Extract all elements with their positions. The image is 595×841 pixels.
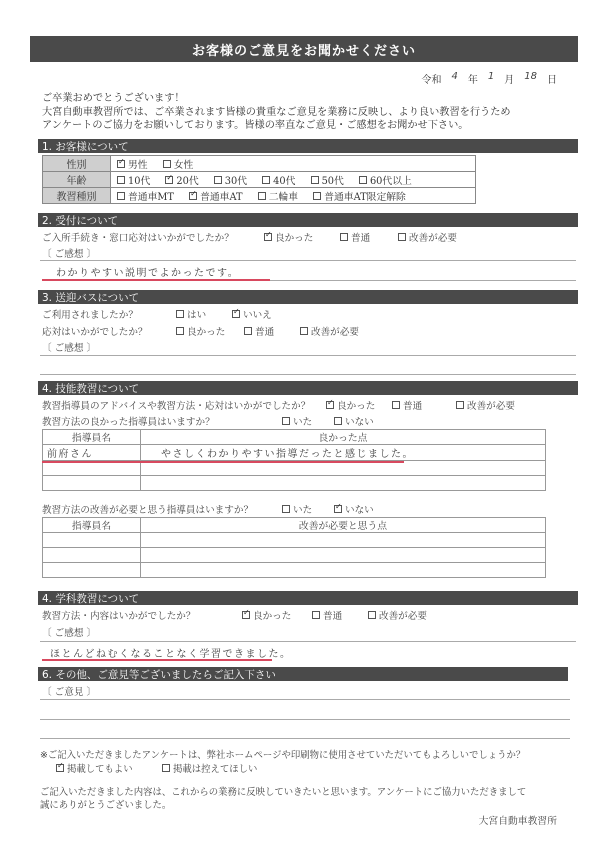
option-label: 二輪車	[269, 189, 298, 203]
table-row: 前府さん やさしくわかりやすい指導だったと感じました。	[43, 445, 546, 461]
intro-line: 大宮自動車教習所では、ご卒業されます皆様の貴重なご意見を業務に反映し、より良い教…	[42, 106, 562, 120]
table-row	[43, 548, 546, 563]
table-header-row: 指導員名 改善が必要と思う点	[43, 518, 546, 533]
option-label: 掲載は控えてほしい	[173, 761, 257, 775]
table-row-course: 教習種別 普通車MT 普通車AT 二輪車 普通車AT限定解除	[43, 188, 476, 204]
checkbox-icon[interactable]	[334, 417, 342, 425]
red-underline	[42, 279, 270, 281]
age-50s-option[interactable]: 50代	[311, 173, 344, 187]
reception-question-row: ご入所手続き・窓口応対はいかがでしたか？ 良かった 普通 改善が必要	[42, 230, 562, 244]
instructor-advice-question: 教習指導員のアドバイスや教習方法・応対はいかがでしたか？	[42, 398, 326, 412]
advice-normal-option[interactable]: 普通	[392, 398, 456, 412]
checkbox-icon[interactable]	[300, 327, 308, 335]
reception-normal-option[interactable]: 普通	[340, 230, 398, 244]
gender-female-option[interactable]: 女性	[163, 157, 194, 171]
column-header-instructor: 指導員名	[43, 430, 141, 445]
divider	[40, 260, 576, 261]
course-motorcycle-option[interactable]: 二輪車	[258, 189, 298, 203]
checkbox-icon[interactable]	[359, 176, 367, 184]
checkbox-checked-icon[interactable]	[242, 611, 250, 619]
option-label: いた	[293, 414, 312, 428]
table-row	[43, 533, 546, 548]
section-heading-customer: 1. お客様について	[38, 139, 578, 153]
checkbox-icon[interactable]	[162, 764, 170, 772]
red-underline	[42, 659, 272, 661]
age-30s-option[interactable]: 30代	[214, 173, 247, 187]
customer-info-table: 性別 男性 女性 年齢 10代 20代 30代 40代 50代 60代以上 教習…	[42, 155, 476, 204]
option-label: 改善が必要	[409, 230, 457, 244]
option-label: 改善が必要	[311, 324, 359, 338]
date-month[interactable]: 1	[488, 71, 494, 86]
option-label: 10代	[128, 173, 150, 187]
date-year-unit: 年	[468, 71, 478, 86]
instructor-name-cell[interactable]	[43, 563, 141, 578]
column-header-instructor: 指導員名	[43, 518, 141, 533]
advice-improve-option[interactable]: 改善が必要	[456, 398, 515, 412]
checkbox-checked-icon[interactable]	[165, 176, 173, 184]
table-row	[43, 476, 546, 491]
improve-points-cell[interactable]	[141, 563, 546, 578]
permission-question: ※ご記入いただきましたアンケートは、弊社ホームページや印刷物に使用させていただい…	[40, 747, 525, 761]
option-label: 普通	[351, 230, 370, 244]
comment-line[interactable]	[40, 355, 576, 356]
bus-service-question: 応対はいかがでしたか？	[42, 324, 176, 338]
checkbox-icon[interactable]	[258, 192, 266, 200]
school-signature: 大宮自動車教習所	[479, 813, 557, 827]
permission-allow-option[interactable]: 掲載してもよい	[56, 761, 162, 775]
comment-line[interactable]	[40, 738, 570, 739]
bus-improve-option[interactable]: 改善が必要	[300, 324, 359, 338]
improve-points-cell[interactable]	[141, 533, 546, 548]
checkbox-icon[interactable]	[117, 176, 125, 184]
bus-normal-option[interactable]: 普通	[244, 324, 300, 338]
checkbox-checked-icon[interactable]	[56, 764, 64, 772]
reception-question: ご入所手続き・窓口応対はいかがでしたか？	[42, 230, 264, 244]
course-at-option[interactable]: 普通車AT	[189, 189, 242, 203]
checkbox-icon[interactable]	[262, 176, 270, 184]
good-instructor-question: 教習方法の良かった指導員はいますか？	[42, 414, 282, 428]
improve-points-cell[interactable]	[141, 548, 546, 563]
improve-instructor-question: 教習方法の改善が必要と思う指導員はいますか？	[42, 502, 282, 516]
intro-line: アンケートのご協力をお願いしております。皆様の率直なご意見・ご感想をお聞かせ下さ…	[42, 119, 562, 133]
course-mt-option[interactable]: 普通車MT	[117, 189, 174, 203]
table-row-gender: 性別 男性 女性	[43, 156, 476, 172]
classroom-question-row: 教習方法・内容はいかがでしたか？ 良かった 普通 改善が必要	[42, 608, 562, 622]
section-heading-shuttle-bus: 3. 送迎バスについて	[38, 290, 578, 304]
checkbox-checked-icon[interactable]	[232, 310, 240, 318]
checkbox-icon[interactable]	[214, 176, 222, 184]
checkbox-checked-icon[interactable]	[326, 401, 334, 409]
classroom-normal-option[interactable]: 普通	[312, 608, 368, 622]
option-label: 掲載してもよい	[67, 761, 133, 775]
classroom-comment[interactable]: ほとんどねむくなることなく学習できました。	[50, 645, 292, 660]
option-label: 良かった	[275, 230, 313, 244]
option-label: 普通	[403, 398, 422, 412]
bus-comment-label: 〔 ご感想 〕	[42, 340, 96, 354]
good-instructor-yes-option[interactable]: いた	[282, 414, 334, 428]
other-comment-label: 〔 ご意見 〕	[42, 684, 96, 698]
classroom-question: 教習方法・内容はいかがでしたか？	[42, 608, 242, 622]
checkbox-icon[interactable]	[312, 611, 320, 619]
column-header-good-points: 良かった点	[141, 430, 546, 445]
date-era: 令和	[422, 71, 442, 86]
gender-male-option[interactable]: 男性	[117, 157, 148, 171]
column-header-improve-points: 改善が必要と思う点	[141, 518, 546, 533]
checkbox-icon[interactable]	[176, 327, 184, 335]
option-label: 女性	[174, 157, 194, 171]
permission-deny-option[interactable]: 掲載は控えてほしい	[162, 761, 257, 775]
option-label: いない	[345, 414, 374, 428]
checkbox-checked-icon[interactable]	[264, 233, 272, 241]
course-at-limit-removal-option[interactable]: 普通車AT限定解除	[313, 189, 406, 203]
bus-good-option[interactable]: 良かった	[176, 324, 244, 338]
instructor-name-cell[interactable]: 前府さん	[43, 445, 141, 461]
age-60s-plus-option[interactable]: 60代以上	[359, 173, 412, 187]
checkbox-icon[interactable]	[282, 417, 290, 425]
table-header-row: 指導員名 良かった点	[43, 430, 546, 445]
date-field: 令和 4 年 1 月 18 日	[422, 71, 557, 86]
option-label: いない	[345, 502, 374, 516]
option-label: 40代	[273, 173, 295, 187]
red-underline	[42, 461, 404, 463]
comment-line[interactable]	[40, 699, 570, 700]
good-instructor-row: 教習方法の良かった指導員はいますか？ いた いない	[42, 414, 374, 428]
intro-text: ご卒業おめでとうございます！ 大宮自動車教習所では、ご卒業されます皆様の貴重なご…	[42, 92, 562, 133]
checkbox-icon[interactable]	[163, 160, 171, 168]
checkbox-icon[interactable]	[117, 192, 125, 200]
age-label: 年齢	[43, 172, 111, 188]
classroom-improve-option[interactable]: 改善が必要	[368, 608, 427, 622]
improve-instructor-row: 教習方法の改善が必要と思う指導員はいますか？ いた いない	[42, 502, 374, 516]
option-label: いいえ	[243, 307, 272, 321]
table-row-age: 年齢 10代 20代 30代 40代 50代 60代以上	[43, 172, 476, 188]
bus-usage-row: ご利用されましたか？ はい いいえ	[42, 307, 272, 321]
checkbox-checked-icon[interactable]	[334, 505, 342, 513]
checkbox-icon[interactable]	[398, 233, 406, 241]
checkbox-icon[interactable]	[340, 233, 348, 241]
gender-label: 性別	[43, 156, 111, 172]
age-10s-option[interactable]: 10代	[117, 173, 150, 187]
age-40s-option[interactable]: 40代	[262, 173, 295, 187]
permission-row: 掲載してもよい 掲載は控えてほしい	[56, 761, 257, 775]
good-points-cell[interactable]: やさしくわかりやすい指導だったと感じました。	[141, 445, 546, 461]
checkbox-icon[interactable]	[392, 401, 400, 409]
option-label: 60代以上	[370, 173, 412, 187]
reception-good-option[interactable]: 良かった	[264, 230, 340, 244]
checkbox-icon[interactable]	[311, 176, 319, 184]
checkbox-icon[interactable]	[456, 401, 464, 409]
good-instructor-table: 指導員名 良かった点 前府さん やさしくわかりやすい指導だったと感じました。	[42, 429, 546, 491]
option-label: 改善が必要	[379, 608, 427, 622]
option-label: 男性	[128, 157, 148, 171]
table-row	[43, 563, 546, 578]
date-day[interactable]: 18	[524, 71, 537, 86]
option-label: 普通車AT	[200, 189, 242, 203]
divider	[270, 280, 576, 281]
comment-line[interactable]	[40, 374, 576, 375]
intro-line: ご卒業おめでとうございます！	[42, 92, 562, 106]
checkbox-icon[interactable]	[244, 327, 252, 335]
option-label: 普通	[255, 324, 274, 338]
section-heading-other: 6. その他、ご意見等ございましたらご記入下さい	[38, 667, 568, 681]
improve-instructor-table: 指導員名 改善が必要と思う点	[42, 517, 546, 578]
improve-instructor-yes-option[interactable]: いた	[282, 502, 334, 516]
date-day-unit: 日	[547, 71, 557, 86]
instructor-name-cell[interactable]	[43, 533, 141, 548]
date-year[interactable]: 4	[452, 71, 458, 86]
option-label: 20代	[176, 173, 198, 187]
section-heading-reception: 2. 受付について	[38, 213, 578, 227]
option-label: 普通車AT限定解除	[324, 189, 406, 203]
advice-good-option[interactable]: 良かった	[326, 398, 392, 412]
reception-comment-label: 〔 ご感想 〕	[42, 246, 96, 260]
checkbox-icon[interactable]	[368, 611, 376, 619]
course-type-label: 教習種別	[43, 188, 111, 204]
thanks-line-1: ご記入いただきました内容は、これからの業務に反映していきたいと思います。アンケー…	[40, 784, 526, 798]
option-label: はい	[187, 307, 206, 321]
instructor-advice-row: 教習指導員のアドバイスや教習方法・応対はいかがでしたか？ 良かった 普通 改善が…	[42, 398, 572, 412]
bus-usage-question: ご利用されましたか？	[42, 307, 176, 321]
reception-improve-option[interactable]: 改善が必要	[398, 230, 457, 244]
option-label: 良かった	[253, 608, 291, 622]
option-label: 50代	[322, 173, 344, 187]
section-heading-classroom-training: 4. 学科教習について	[38, 591, 578, 605]
bus-yes-option[interactable]: はい	[176, 307, 232, 321]
checkbox-checked-icon[interactable]	[189, 192, 197, 200]
thanks-line-2: 誠にありがとうございました。	[40, 797, 171, 811]
option-label: 良かった	[187, 324, 225, 338]
improve-instructor-no-option[interactable]: いない	[334, 502, 374, 516]
classroom-comment-label: 〔 ご感想 〕	[42, 625, 96, 639]
option-label: 普通	[323, 608, 342, 622]
form-title: お客様のご意見をお聞かせください	[30, 36, 578, 62]
option-label: 良かった	[337, 398, 375, 412]
option-label: 改善が必要	[467, 398, 515, 412]
reception-comment[interactable]: わかりやすい説明でよかったです。	[56, 264, 239, 279]
bus-service-row: 応対はいかがでしたか？ 良かった 普通 改善が必要	[42, 324, 359, 338]
instructor-name-cell[interactable]	[43, 476, 141, 491]
classroom-good-option[interactable]: 良かった	[242, 608, 312, 622]
option-label: 普通車MT	[128, 189, 174, 203]
good-points-cell[interactable]	[141, 476, 546, 491]
date-month-unit: 月	[504, 71, 514, 86]
comment-line[interactable]	[40, 719, 570, 720]
bus-no-option[interactable]: いいえ	[232, 307, 272, 321]
option-label: いた	[293, 502, 312, 516]
divider	[40, 641, 576, 642]
checkbox-icon[interactable]	[282, 505, 290, 513]
checkbox-checked-icon[interactable]	[117, 160, 125, 168]
section-heading-practical-training: 4. 技能教習について	[38, 381, 578, 395]
checkbox-icon[interactable]	[176, 310, 184, 318]
option-label: 30代	[225, 173, 247, 187]
good-instructor-no-option[interactable]: いない	[334, 414, 374, 428]
checkbox-icon[interactable]	[313, 192, 321, 200]
instructor-name-cell[interactable]	[43, 548, 141, 563]
age-20s-option[interactable]: 20代	[165, 173, 198, 187]
